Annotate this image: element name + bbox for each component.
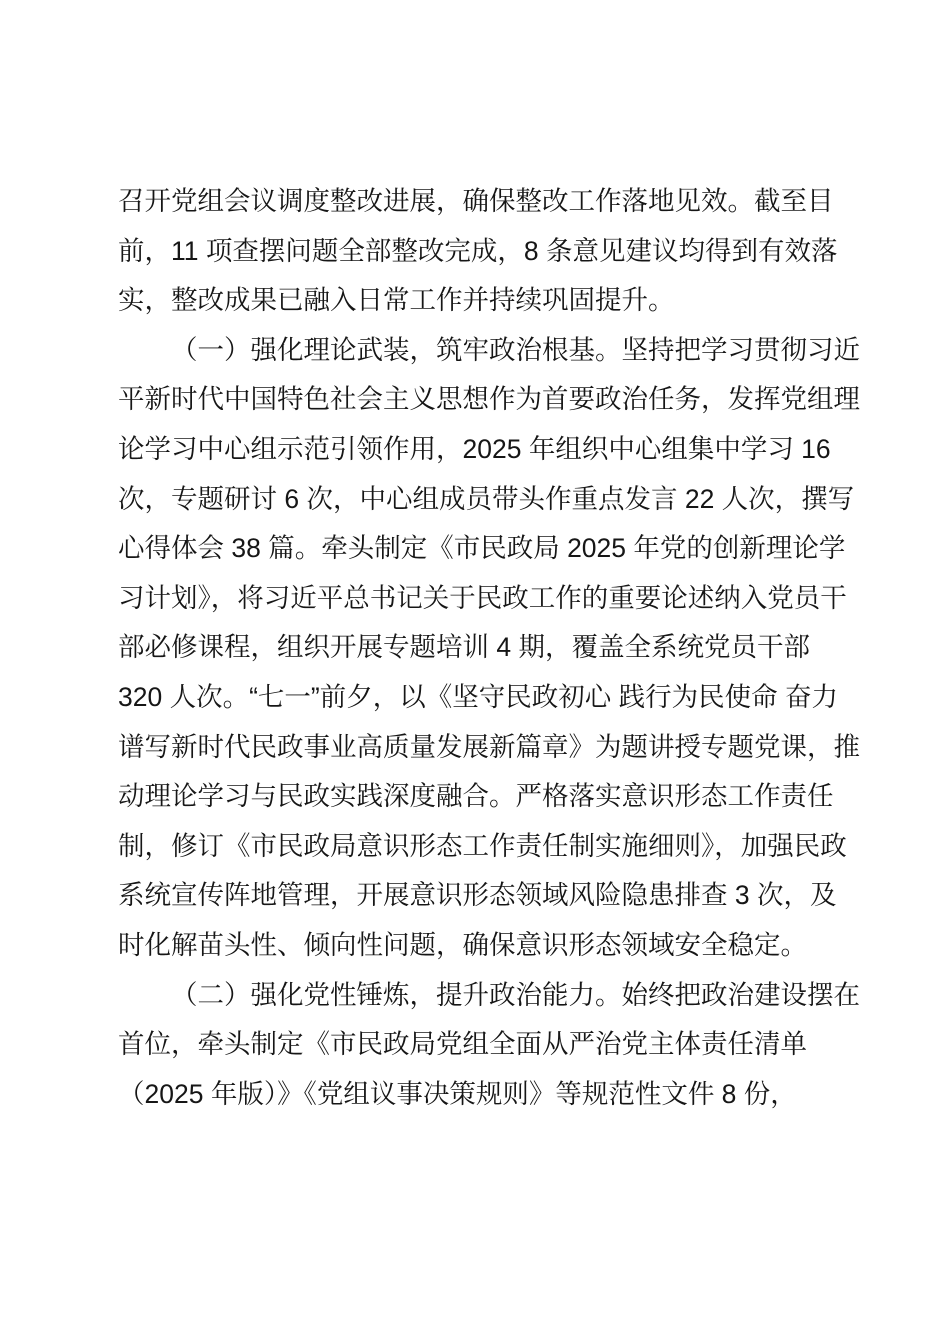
document-page: 召开党组会议调度整改进展，确保整改工作落地见效。截至目前，11 项查摆问题全部整… <box>0 0 950 1344</box>
paragraph-section-1-theory-armament: （一）强化理论武装，筑牢政治根基。坚持把学习贯彻习近平新时代中国特色社会主义思想… <box>118 326 860 971</box>
paragraph-section-2-party-spirit: （二）强化党性锤炼，提升政治能力。始终把政治建设摆在首位，牵头制定《市民政局党组… <box>118 971 860 1120</box>
paragraph-continuation: 召开党组会议调度整改进展，确保整改工作落地见效。截至目前，11 项查摆问题全部整… <box>118 177 860 326</box>
document-body: 召开党组会议调度整改进展，确保整改工作落地见效。截至目前，11 项查摆问题全部整… <box>118 177 860 1119</box>
